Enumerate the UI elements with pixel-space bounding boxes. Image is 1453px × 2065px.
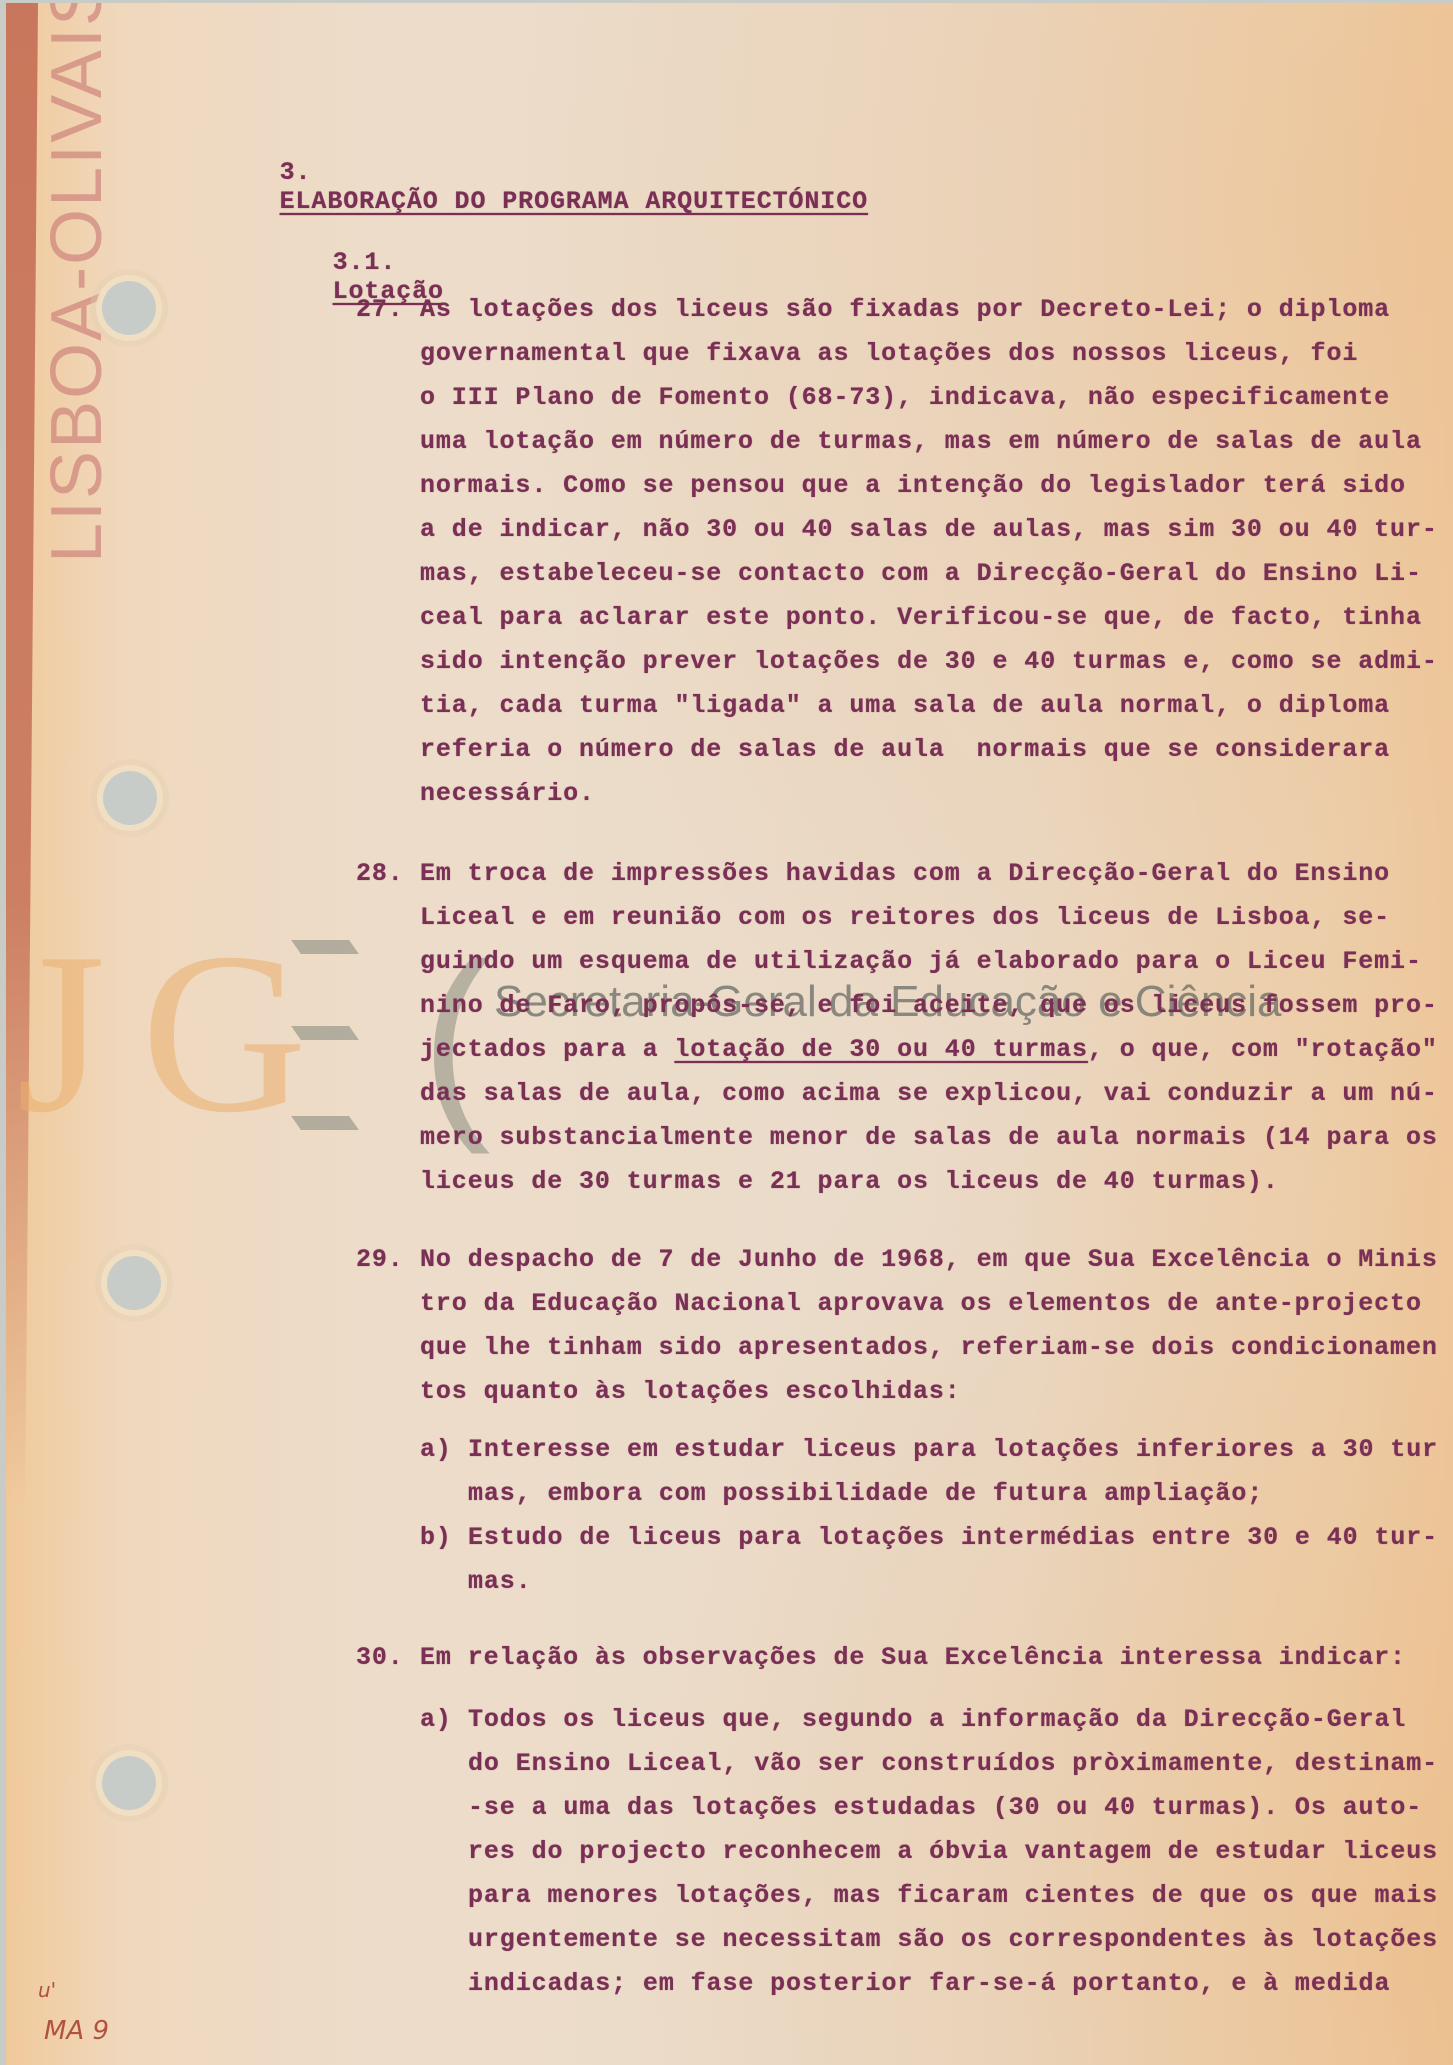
handwritten-mark: u' <box>38 1978 56 2002</box>
text-line: nino de Faro, propôs-se, e foi aceite, q… <box>420 991 1438 1020</box>
list-marker: a) <box>420 1705 452 1734</box>
text-line: -se a uma das lotações estudadas (30 ou … <box>468 1793 1422 1822</box>
text-line: para menores lotações, mas ficaram cient… <box>468 1881 1438 1910</box>
text-line: Liceal e em reunião com os reitores dos … <box>420 903 1390 932</box>
text-line: mero substancialmente menor de salas de … <box>420 1123 1438 1152</box>
watermark-letter: G <box>141 938 307 1128</box>
text-line: sido intenção prever lotações de 30 e 40… <box>420 647 1438 676</box>
text-line: uma lotação em número de turmas, mas em … <box>420 427 1422 456</box>
text-line: Estudo de liceus para lotações intermédi… <box>468 1523 1438 1552</box>
text-line: referia o número de salas de aula normai… <box>420 735 1390 764</box>
watermark-letter: J <box>16 938 106 1128</box>
text-line: normais. Como se pensou que a intenção d… <box>420 471 1406 500</box>
handwritten-page-ref: MA 9 <box>44 2016 109 2046</box>
text-line: Interesse em estudar liceus para lotaçõe… <box>468 1435 1438 1464</box>
text-line: tos quanto às lotações escolhidas: <box>420 1377 961 1406</box>
underlined-phrase: lotação de 30 ou 40 turmas <box>674 1035 1087 1064</box>
punch-hole-icon <box>103 771 157 825</box>
margin-stamp: LISBOA-OLIVAIS <box>36 3 118 563</box>
paragraph-number: 27. <box>356 295 404 324</box>
subsection-number: 3.1. <box>333 248 397 277</box>
text-line: necessário. <box>420 779 595 808</box>
section-title: ELABORAÇÃO DO PROGRAMA ARQUITECTÓNICO <box>280 187 868 216</box>
text-segment: , o que, com "rotação" <box>1088 1035 1438 1064</box>
text-line: mas, embora com possibilidade de futura … <box>468 1479 1263 1508</box>
text-line: ceal para aclarar este ponto. Verificou-… <box>420 603 1422 632</box>
paragraph-number: 29. <box>356 1245 404 1274</box>
watermark-e-bars <box>296 938 358 1128</box>
text-line: Em troca de impressões havidas com a Dir… <box>420 859 1390 888</box>
section-number: 3. <box>280 158 312 187</box>
text-line: das salas de aula, como acima se explico… <box>420 1079 1438 1108</box>
list-marker: b) <box>420 1523 452 1552</box>
text-line: que lhe tinham sido apresentados, referi… <box>420 1333 1438 1362</box>
text-line: No despacho de 7 de Junho de 1968, em qu… <box>420 1245 1438 1274</box>
text-line: mas, estabeleceu-se contacto com a Direc… <box>420 559 1422 588</box>
text-line: urgentemente se necessitam são os corres… <box>468 1925 1438 1954</box>
paragraph-number: 30. <box>356 1643 404 1672</box>
punch-hole-icon <box>107 1256 161 1310</box>
text-line: guindo um esquema de utilização já elabo… <box>420 947 1422 976</box>
paragraph-number: 28. <box>356 859 404 888</box>
text-line: liceus de 30 turmas e 21 para os liceus … <box>420 1167 1279 1196</box>
punch-hole-icon <box>102 1756 156 1810</box>
text-line: mas. <box>468 1567 532 1596</box>
text-line: As lotações dos liceus são fixadas por D… <box>420 295 1390 324</box>
text-line: tia, cada turma "ligada" a uma sala de a… <box>420 691 1390 720</box>
text-line: a de indicar, não 30 ou 40 salas de aula… <box>420 515 1438 544</box>
text-line: Todos os liceus que, segundo a informaçã… <box>468 1705 1406 1734</box>
text-line: o III Plano de Fomento (68-73), indicava… <box>420 383 1390 412</box>
list-marker: a) <box>420 1435 452 1464</box>
punch-hole-icon <box>102 281 156 335</box>
text-line: governamental que fixava as lotações dos… <box>420 339 1358 368</box>
binding-strip <box>6 3 38 1503</box>
text-line: tro da Educação Nacional aprovava os ele… <box>420 1289 1422 1318</box>
text-segment: jectados para a <box>420 1035 674 1064</box>
text-line: indicadas; em fase posterior far-se-á po… <box>468 1969 1390 1998</box>
text-line: res do projecto reconhecem a óbvia vanta… <box>468 1837 1438 1866</box>
text-line: Em relação às observações de Sua Excelên… <box>420 1643 1406 1672</box>
text-line: do Ensino Liceal, vão ser construídos pr… <box>468 1749 1438 1778</box>
text-line: jectados para a lotação de 30 ou 40 turm… <box>420 1035 1438 1064</box>
document-page: LISBOA-OLIVAIS J G ( Secretaria-Geral da… <box>6 3 1453 2065</box>
